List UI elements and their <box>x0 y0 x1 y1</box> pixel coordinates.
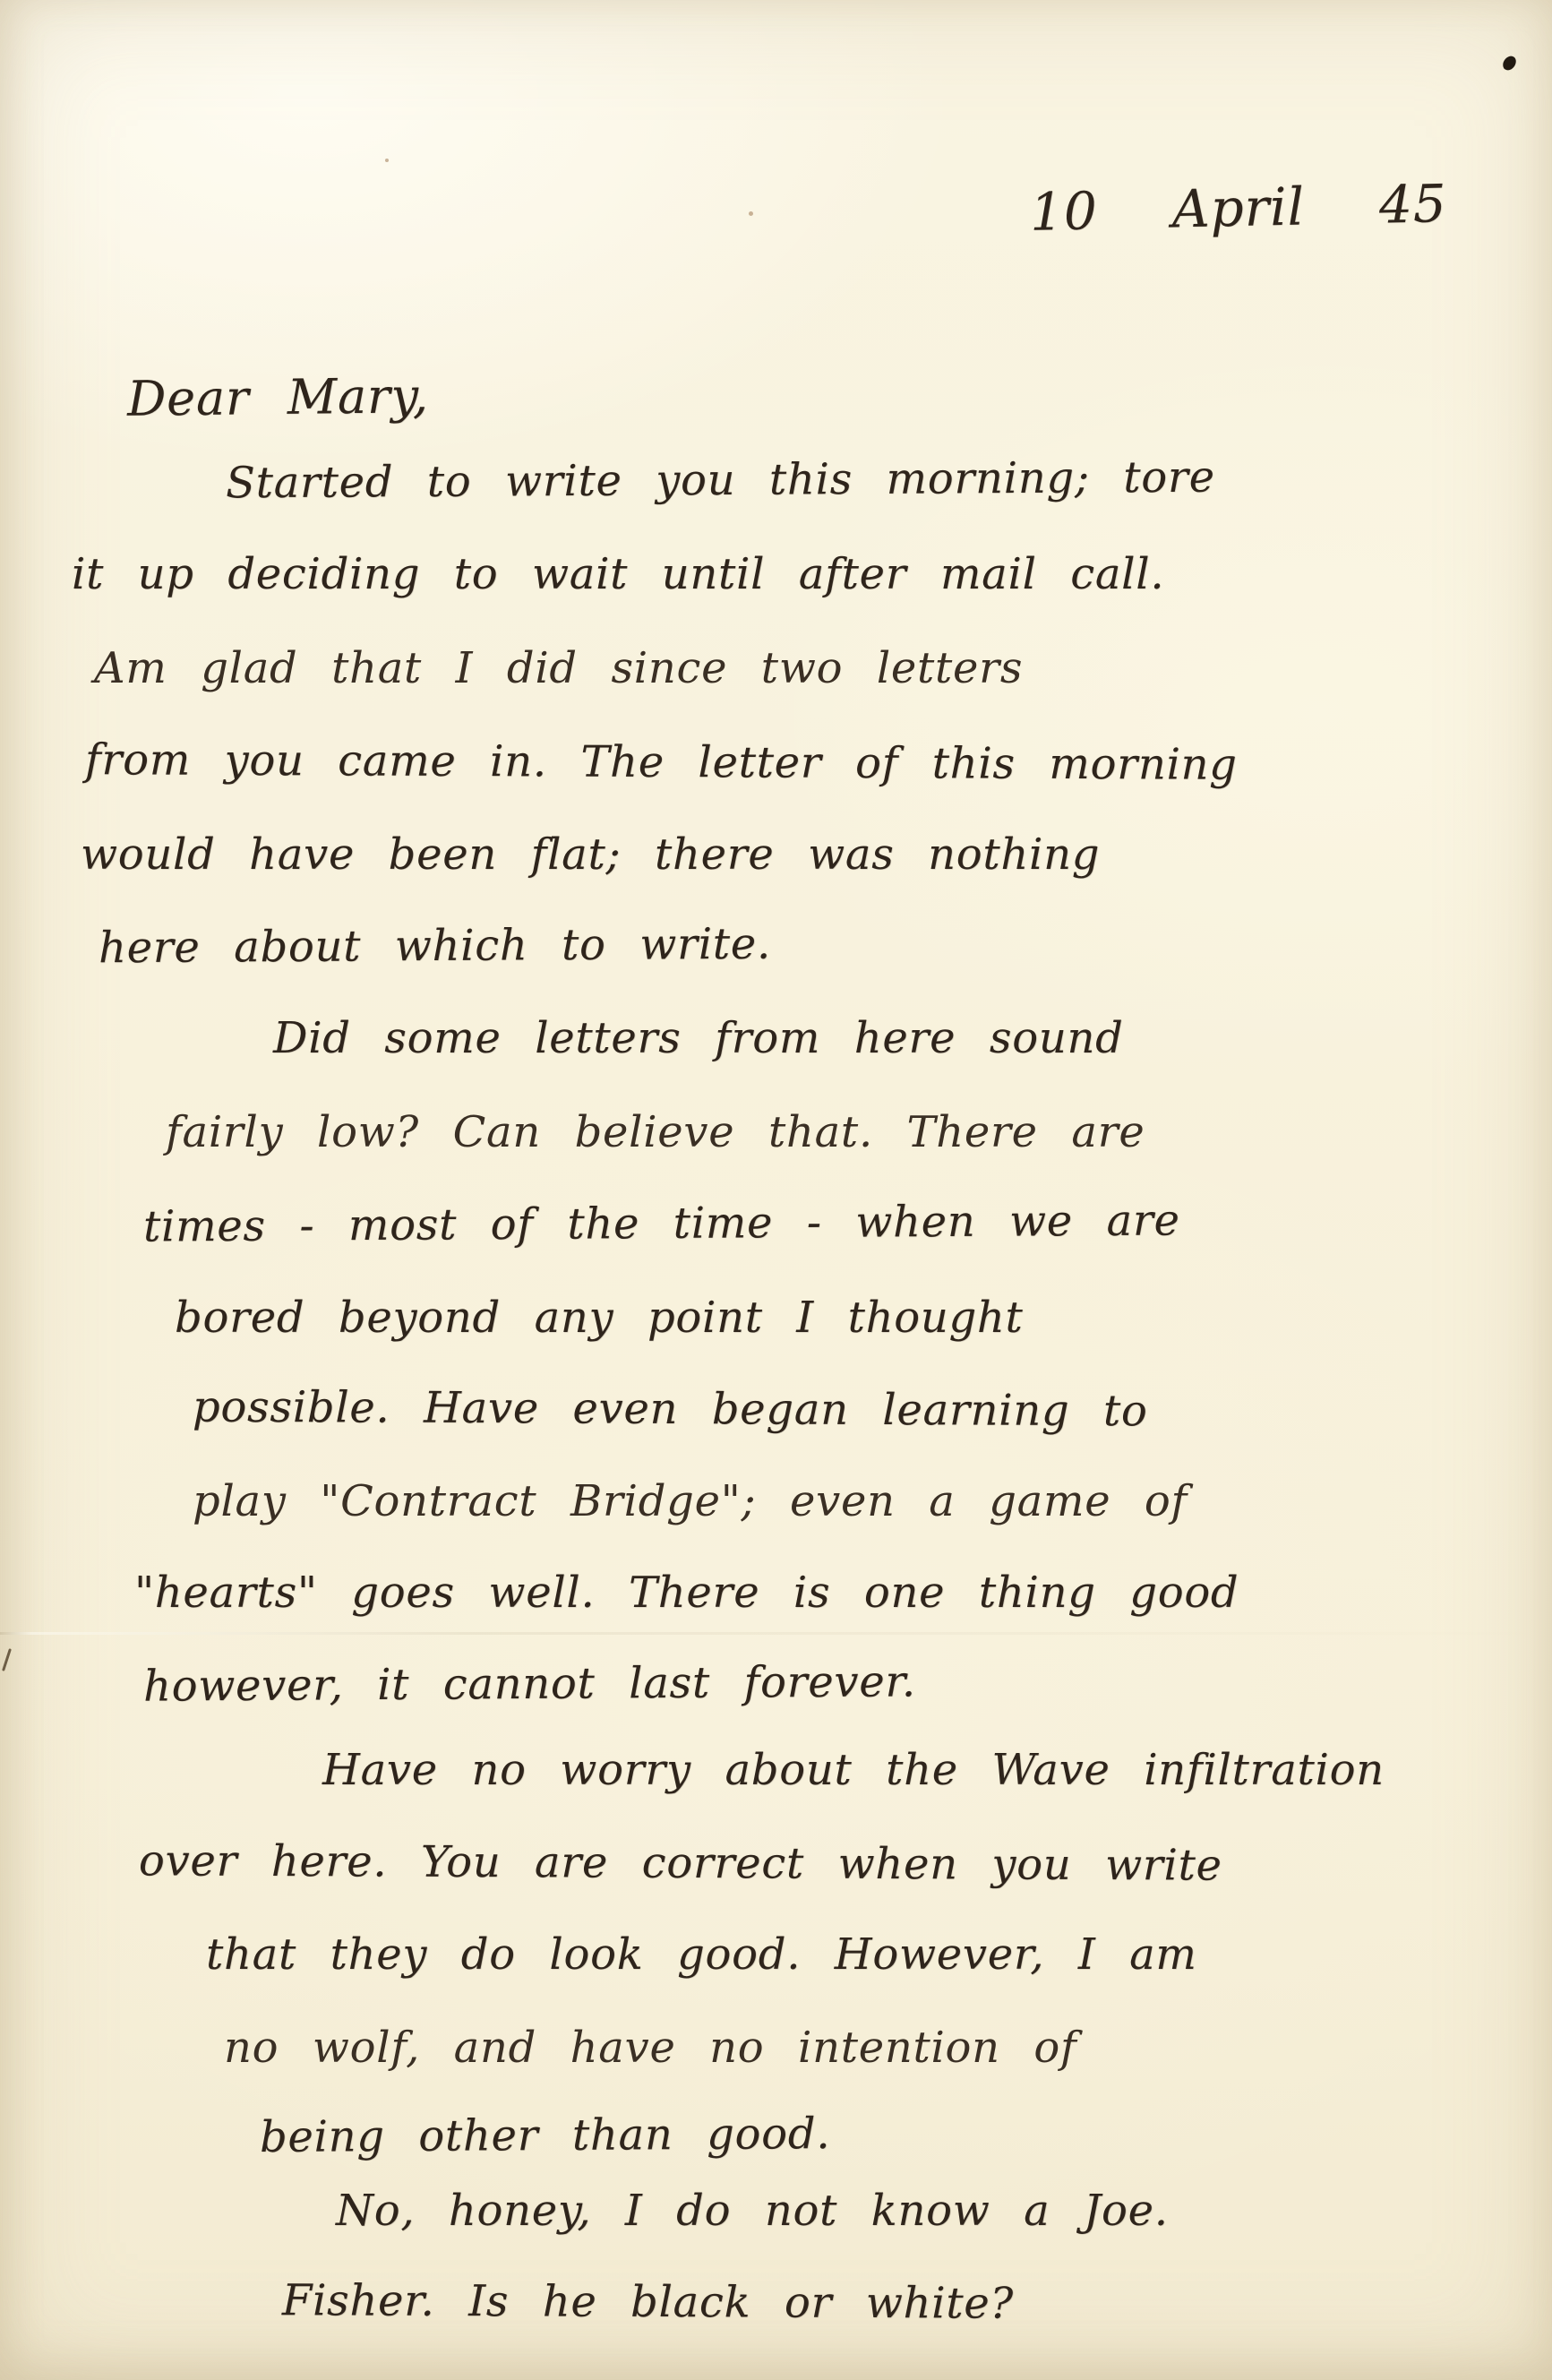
left-edge-mark <box>2 1648 12 1671</box>
letter-line: bored beyond any point I thought <box>175 1296 1024 1339</box>
ink-speck <box>1500 54 1518 73</box>
letter-line: from you came in. The letter of this mor… <box>85 738 1238 786</box>
paper-crease <box>0 1632 1552 1635</box>
letter-line: here about which to write. <box>99 923 771 970</box>
letter-line: "hearts" goes well. There is one thing g… <box>134 1571 1239 1614</box>
letter-line: possible. Have even began learning to <box>193 1386 1148 1433</box>
letter-line: over here. You are correct when you writ… <box>139 1839 1222 1886</box>
letter-page: 10 April 45 Dear Mary, Started to write … <box>0 0 1552 2380</box>
letter-line: Fisher. Is he black or white? <box>282 2279 1014 2325</box>
salutation: Dear Mary, <box>127 367 429 427</box>
letter-line: Have no worry about the Wave infiltratio… <box>322 1748 1385 1791</box>
paper-speck <box>749 211 753 216</box>
letter-line: play "Contract Bridge"; even a game of <box>193 1480 1188 1523</box>
letter-line: fairly low? Can believe that. There are <box>166 1111 1145 1154</box>
letter-line: it up deciding to wait until after mail … <box>72 553 1164 596</box>
letter-line: being other than good. <box>260 2112 831 2159</box>
letter-line: Am glad that I did since two letters <box>94 647 1023 690</box>
letter-line: No, honey, I do not know a Joe. <box>336 2189 1169 2232</box>
letter-line: that they do look good. However, I am <box>206 1933 1197 1976</box>
letter-line: however, it cannot last forever. <box>143 1660 916 1707</box>
letter-line: Did some letters from here sound <box>273 1017 1124 1060</box>
letter-date: 10 April 45 <box>1029 173 1447 243</box>
letter-line: times - most of the time - when we are <box>143 1199 1180 1248</box>
paper-speck <box>385 159 389 162</box>
letter-line: no wolf, and have no intention of <box>224 2026 1077 2069</box>
letter-line: would have been flat; there was nothing <box>81 833 1100 876</box>
letter-line: Started to write you this morning; tore <box>226 456 1215 505</box>
